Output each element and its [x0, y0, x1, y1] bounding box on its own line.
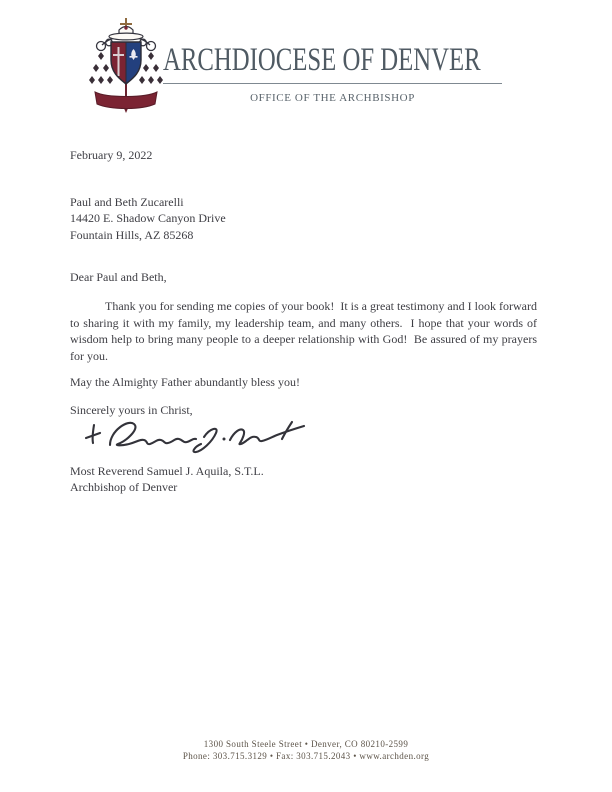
footer-contact: Phone: 303.715.3129 • Fax: 303.715.2043 … [0, 751, 612, 763]
crest-tassels-right [139, 52, 163, 84]
crest-tassels-left [89, 52, 113, 84]
blessing-line: May the Almighty Father abundantly bless… [70, 374, 300, 390]
letter-page: ARCHDIOCESE OF DENVER OFFICE OF THE ARCH… [0, 0, 612, 792]
paragraph-line: for you. [70, 348, 537, 365]
footer-address: 1300 South Steele Street • Denver, CO 80… [0, 739, 612, 751]
salutation: Dear Paul and Beth, [70, 269, 167, 285]
archbishop-signature [80, 411, 312, 464]
recipient-street: 14420 E. Shadow Canyon Drive [70, 210, 226, 226]
paragraph-line: wisdom help to bring many people to a de… [70, 331, 537, 348]
office-subtitle: OFFICE OF THE ARCHBISHOP [163, 92, 502, 104]
organization-name: ARCHDIOCESE OF DENVER [163, 44, 417, 77]
crest-galero [109, 26, 143, 40]
signer-title: Archbishop of Denver [70, 479, 264, 495]
letterhead-rule [163, 83, 502, 84]
letter-paragraph: Thank you for sending me copies of your … [70, 298, 537, 364]
recipient-name: Paul and Beth Zucarelli [70, 194, 226, 210]
letter-date: February 9, 2022 [70, 147, 152, 163]
signer-name: Most Reverend Samuel J. Aquila, S.T.L. [70, 463, 264, 479]
paragraph-line: to sharing it with my family, my leaders… [70, 315, 537, 332]
recipient-address: Paul and Beth Zucarelli 14420 E. Shadow … [70, 194, 226, 243]
signature-block: Most Reverend Samuel J. Aquila, S.T.L. A… [70, 463, 264, 496]
recipient-city: Fountain Hills, AZ 85268 [70, 227, 226, 243]
archdiocese-crest-icon [89, 16, 163, 121]
letterhead: ARCHDIOCESE OF DENVER OFFICE OF THE ARCH… [163, 44, 502, 104]
letterhead-footer: 1300 South Steele Street • Denver, CO 80… [0, 739, 612, 762]
paragraph-line: Thank you for sending me copies of your … [70, 298, 537, 315]
